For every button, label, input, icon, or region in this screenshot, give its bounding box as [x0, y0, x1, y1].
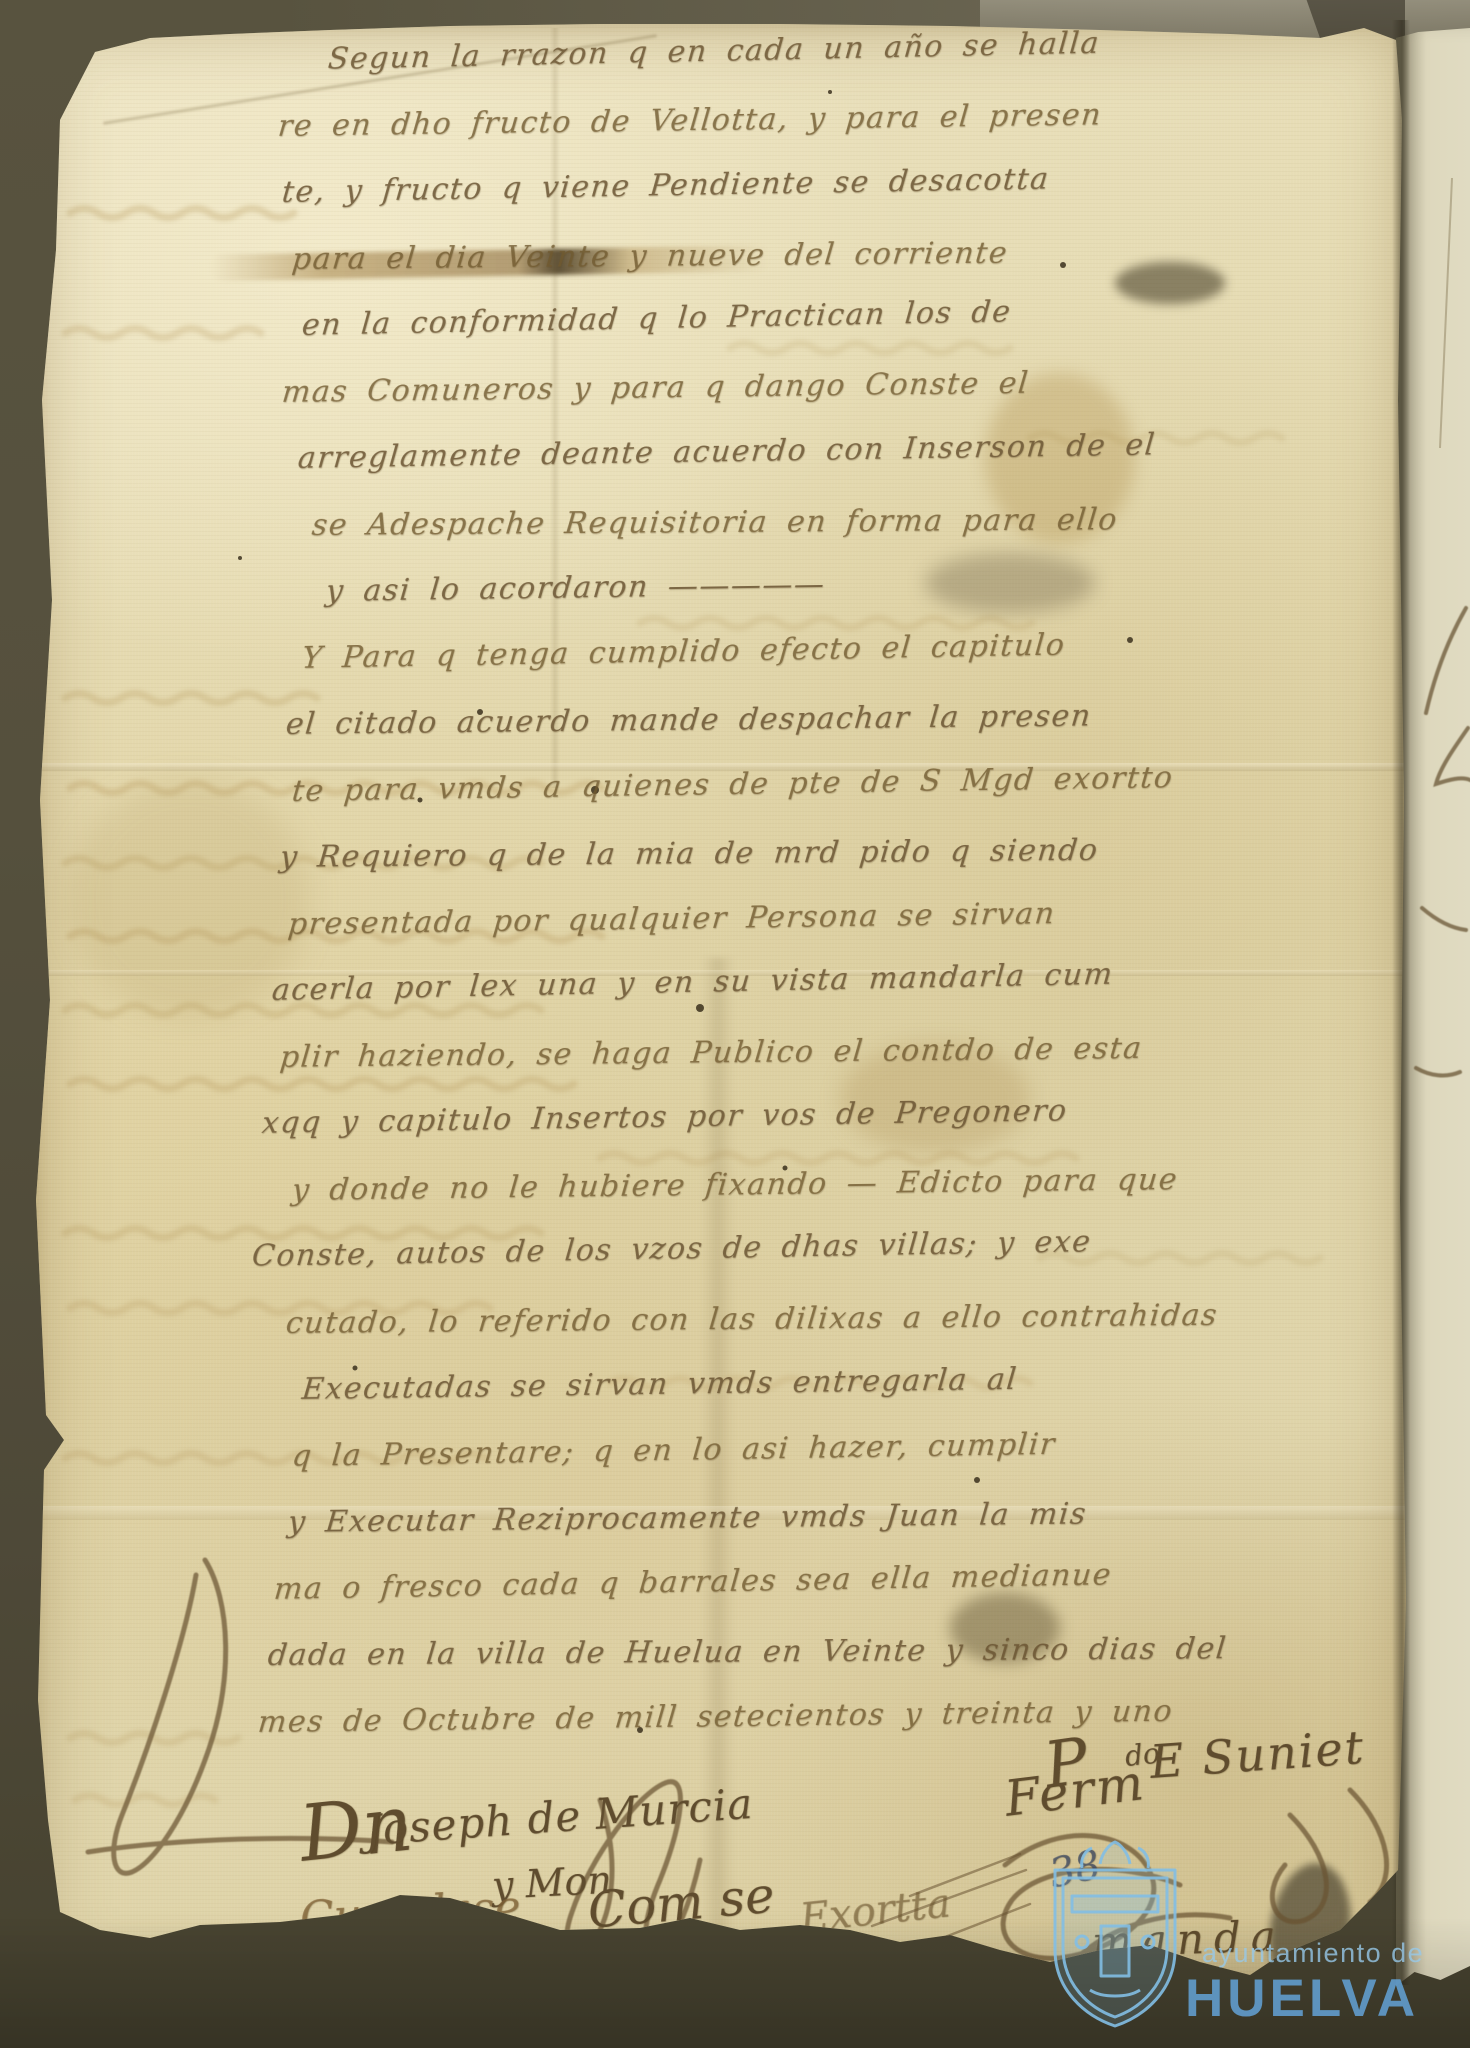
manuscript-page: Segun la rrazon q en cada un año se hall…: [30, 18, 1412, 1996]
watermark-big-text: HUELVA: [1185, 1968, 1419, 2029]
paper-edge-shading: [30, 18, 1412, 1996]
adjacent-folio: [1396, 28, 1470, 2010]
archival-photo: Segun la rrazon q en cada un año se hall…: [0, 0, 1470, 2048]
folio-ink-marks: [1396, 28, 1470, 2010]
